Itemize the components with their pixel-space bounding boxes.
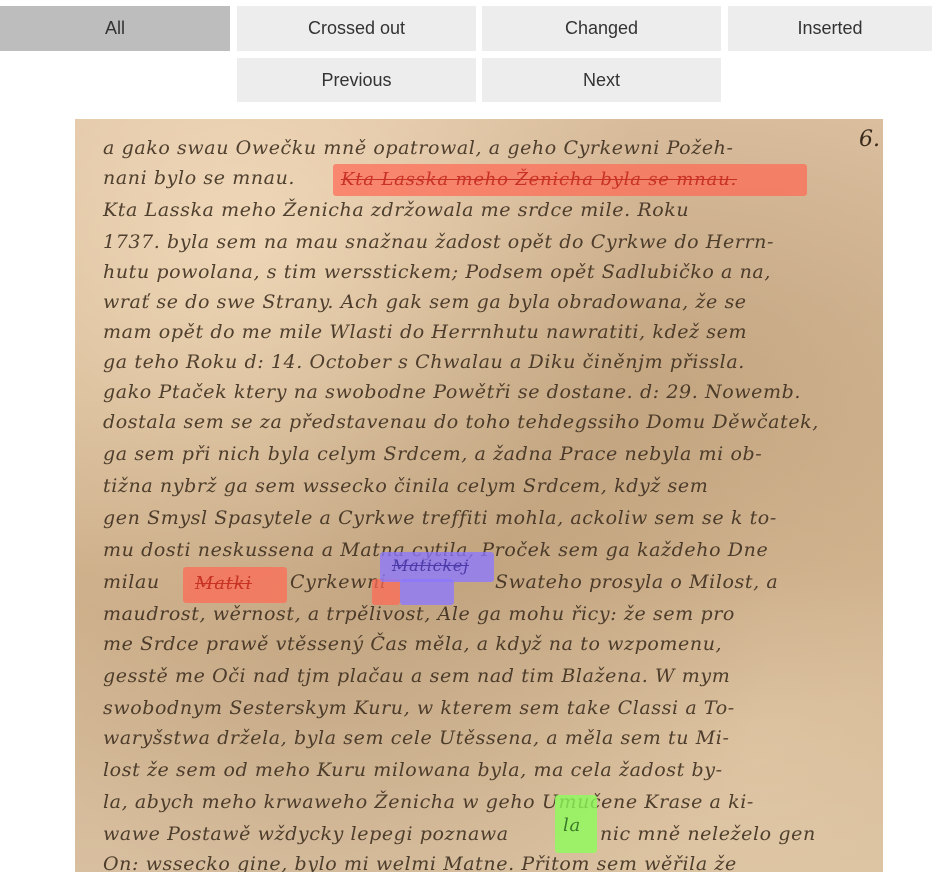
manuscript-line-fragment: nic mně neleželo gen: [600, 823, 816, 845]
manuscript-line: waryšstwa držela, byla sem cele Utěssena…: [103, 727, 729, 749]
next-button[interactable]: Next: [482, 58, 721, 102]
manuscript-line: gesstě me Oči nad tjm plačau a sem nad t…: [103, 665, 730, 687]
manuscript-line: gen Smysl Spasytele a Cyrkwe treffiti mo…: [103, 507, 777, 529]
manuscript-line: lost že sem od meho Kuru milowana byla, …: [103, 759, 723, 781]
manuscript-line: wawe Postawě wždycky lepegi poznawa: [103, 823, 509, 845]
manuscript-line: ga sem při nich byla celym Srdcem, a žad…: [103, 443, 762, 465]
manuscript-line: On: wssecko gine, bylo mi welmi Matne. P…: [103, 853, 737, 872]
manuscript-line: tižna nybrž ga sem wssecko činila celym …: [103, 475, 708, 497]
changed-replacement-text: Matickej: [392, 556, 469, 575]
manuscript-line-text: Swateho prosyla o Milost, a: [495, 571, 778, 593]
filter-changed-button[interactable]: Changed: [482, 6, 721, 51]
manuscript-line: wrať se do swe Strany. Ach gak sem ga by…: [103, 291, 747, 313]
changed-annotation-extension[interactable]: [400, 579, 454, 605]
manuscript-line: swobodnym Sesterskym Kuru, w kterem sem …: [103, 697, 735, 719]
inserted-text: la: [563, 815, 581, 836]
changed-annotation[interactable]: Matickej: [380, 552, 494, 582]
manuscript-line: milau: [103, 571, 160, 593]
manuscript-line: 1737. byla sem na mau snažnau žadost opě…: [103, 231, 774, 253]
manuscript-line-text: nani bylo se mnau.: [103, 167, 295, 189]
manuscript-line: mam opět do me mile Wlasti do Herrnhutu …: [103, 321, 747, 343]
manuscript-line: dostala sem se za představenau do toho t…: [103, 411, 819, 433]
manuscript-page-image: 6. a gako swau Owečku mně opatrowal, a g…: [75, 119, 883, 872]
manuscript-line: Kta Lasska meho Ženicha zdržowala me srd…: [103, 199, 689, 221]
manuscript-line: maudrost, wěrnost, a trpělivost, Ale ga …: [103, 603, 735, 625]
manuscript-line: me Srdce prawě vtěssený Čas měla, a když…: [103, 633, 722, 655]
crossed-out-text: Kta Lasska meho Ženicha byla se mnau.: [341, 169, 737, 190]
manuscript-line: hutu powolana, s tim wersstickem; Podsem…: [103, 261, 771, 283]
filter-inserted-button[interactable]: Inserted: [728, 6, 932, 51]
manuscript-line-text: wawe Postawě wždycky lepegi poznawa: [103, 823, 509, 845]
filter-crossed-out-button[interactable]: Crossed out: [237, 6, 476, 51]
manuscript-line: ga teho Roku d: 14. October s Chwalau a …: [103, 351, 745, 373]
manuscript-line-text: milau: [103, 571, 160, 593]
manuscript-line: la, abych meho krwaweho Ženicha w geho U…: [103, 791, 754, 813]
manuscript-line-text: nic mně neleželo gen: [600, 823, 816, 845]
crossed-out-annotation[interactable]: Matki: [183, 567, 287, 603]
previous-button[interactable]: Previous: [237, 58, 476, 102]
crossed-out-annotation[interactable]: Kta Lasska meho Ženicha byla se mnau.: [333, 164, 807, 196]
crossed-out-annotation[interactable]: [372, 579, 400, 605]
manuscript-line-fragment: Swateho prosyla o Milost, a: [495, 571, 778, 593]
page-number: 6.: [859, 127, 880, 152]
crossed-out-text: Matki: [195, 573, 252, 594]
annotation-toolbar: All Crossed out Changed Inserted Previou…: [0, 0, 932, 110]
inserted-annotation[interactable]: la: [555, 795, 597, 853]
manuscript-line: a gako swau Owečku mně opatrowal, a geho…: [103, 137, 734, 159]
manuscript-line: gako Ptaček ktery na swobodne Powětři se…: [103, 381, 801, 403]
manuscript-line: nani bylo se mnau.: [103, 167, 295, 189]
filter-all-button[interactable]: All: [0, 6, 230, 51]
